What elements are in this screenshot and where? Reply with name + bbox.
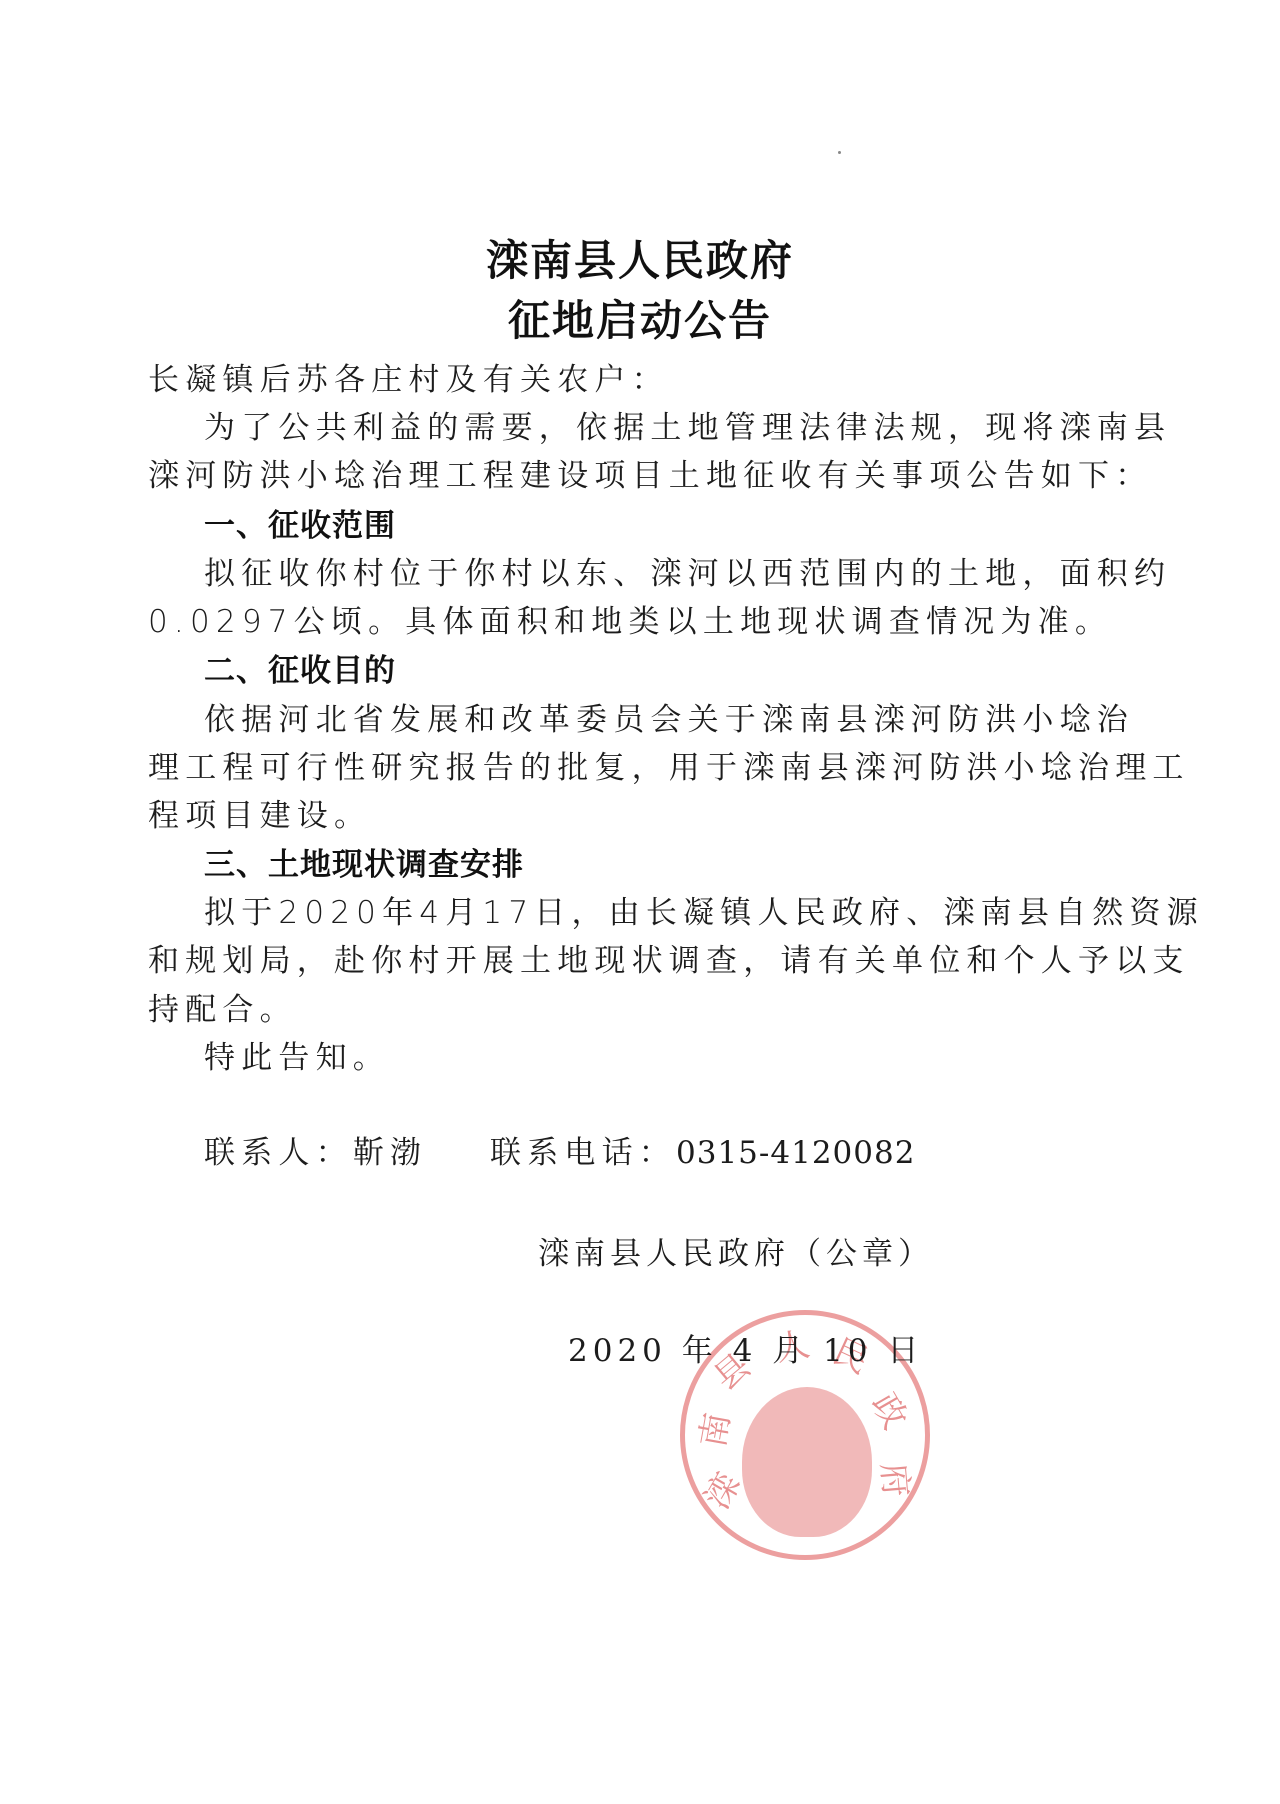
stamp-char: 政 (862, 1383, 921, 1437)
stamp-char: 南 (685, 1409, 739, 1451)
intro-line-1: 为了公共利益的需要，依据土地管理法律法规，现将滦南县 (204, 408, 1171, 448)
contact-phone-label: 联系电话： (490, 1135, 676, 1171)
national-emblem-icon (742, 1387, 872, 1537)
section-heading-survey: 三、土地现状调查安排 (204, 845, 524, 885)
issue-date: 2020 年 4 月 10 日 (568, 1325, 923, 1370)
document-title-line2: 征地启动公告 (0, 288, 1280, 348)
intro-line-2: 滦河防洪小埝治理工程建设项目土地征收有关事项公告如下： (148, 456, 1152, 496)
document-page: 滦南县人民政府 征地启动公告 长凝镇后苏各庄村及有关农户： 为了公共利益的需要，… (0, 0, 1280, 1804)
salutation: 长凝镇后苏各庄村及有关农户： (148, 360, 669, 400)
section-survey-line-3: 持配合。 (148, 990, 297, 1030)
section-purpose-line-2: 理工程可行性研究报告的批复，用于滦南县滦河防洪小埝治理工 (148, 748, 1190, 788)
contact-phone: 联系电话：0315-4120082 (490, 1133, 915, 1173)
section-scope-line-1: 拟征收你村位于你村以东、滦河以西范围内的土地，面积约 (204, 554, 1171, 594)
closing-text: 特此告知。 (204, 1038, 390, 1078)
contact-person: 联系人：靳渤 (204, 1133, 427, 1173)
stamp-char: 府 (872, 1460, 924, 1498)
section-scope-line-2: 0.0297公顷。具体面积和地类以土地现状调查情况为准。 (148, 602, 1112, 642)
document-title-line1: 滦南县人民政府 (0, 228, 1280, 288)
section-survey-line-2: 和规划局，赴你村开展土地现状调查，请有关单位和个人予以支 (148, 941, 1190, 981)
section-survey-line-1: 拟于2020年4月17日，由长凝镇人民政府、滦南县自然资源 (204, 893, 1204, 933)
scan-speck (838, 151, 841, 154)
stamp-char: 滦 (690, 1463, 749, 1517)
section-heading-purpose: 二、征收目的 (204, 651, 396, 691)
signature: 滦南县人民政府（公章） (538, 1228, 934, 1273)
section-purpose-line-3: 程项目建设。 (148, 796, 371, 836)
contact-person-label: 联系人： (204, 1135, 353, 1171)
section-heading-scope: 一、征收范围 (204, 506, 396, 546)
contact-person-name: 靳渤 (353, 1135, 427, 1171)
contact-phone-number: 0315-4120082 (676, 1135, 915, 1171)
section-purpose-line-1: 依据河北省发展和改革委员会关于滦南县滦河防洪小埝治 (204, 700, 1134, 740)
